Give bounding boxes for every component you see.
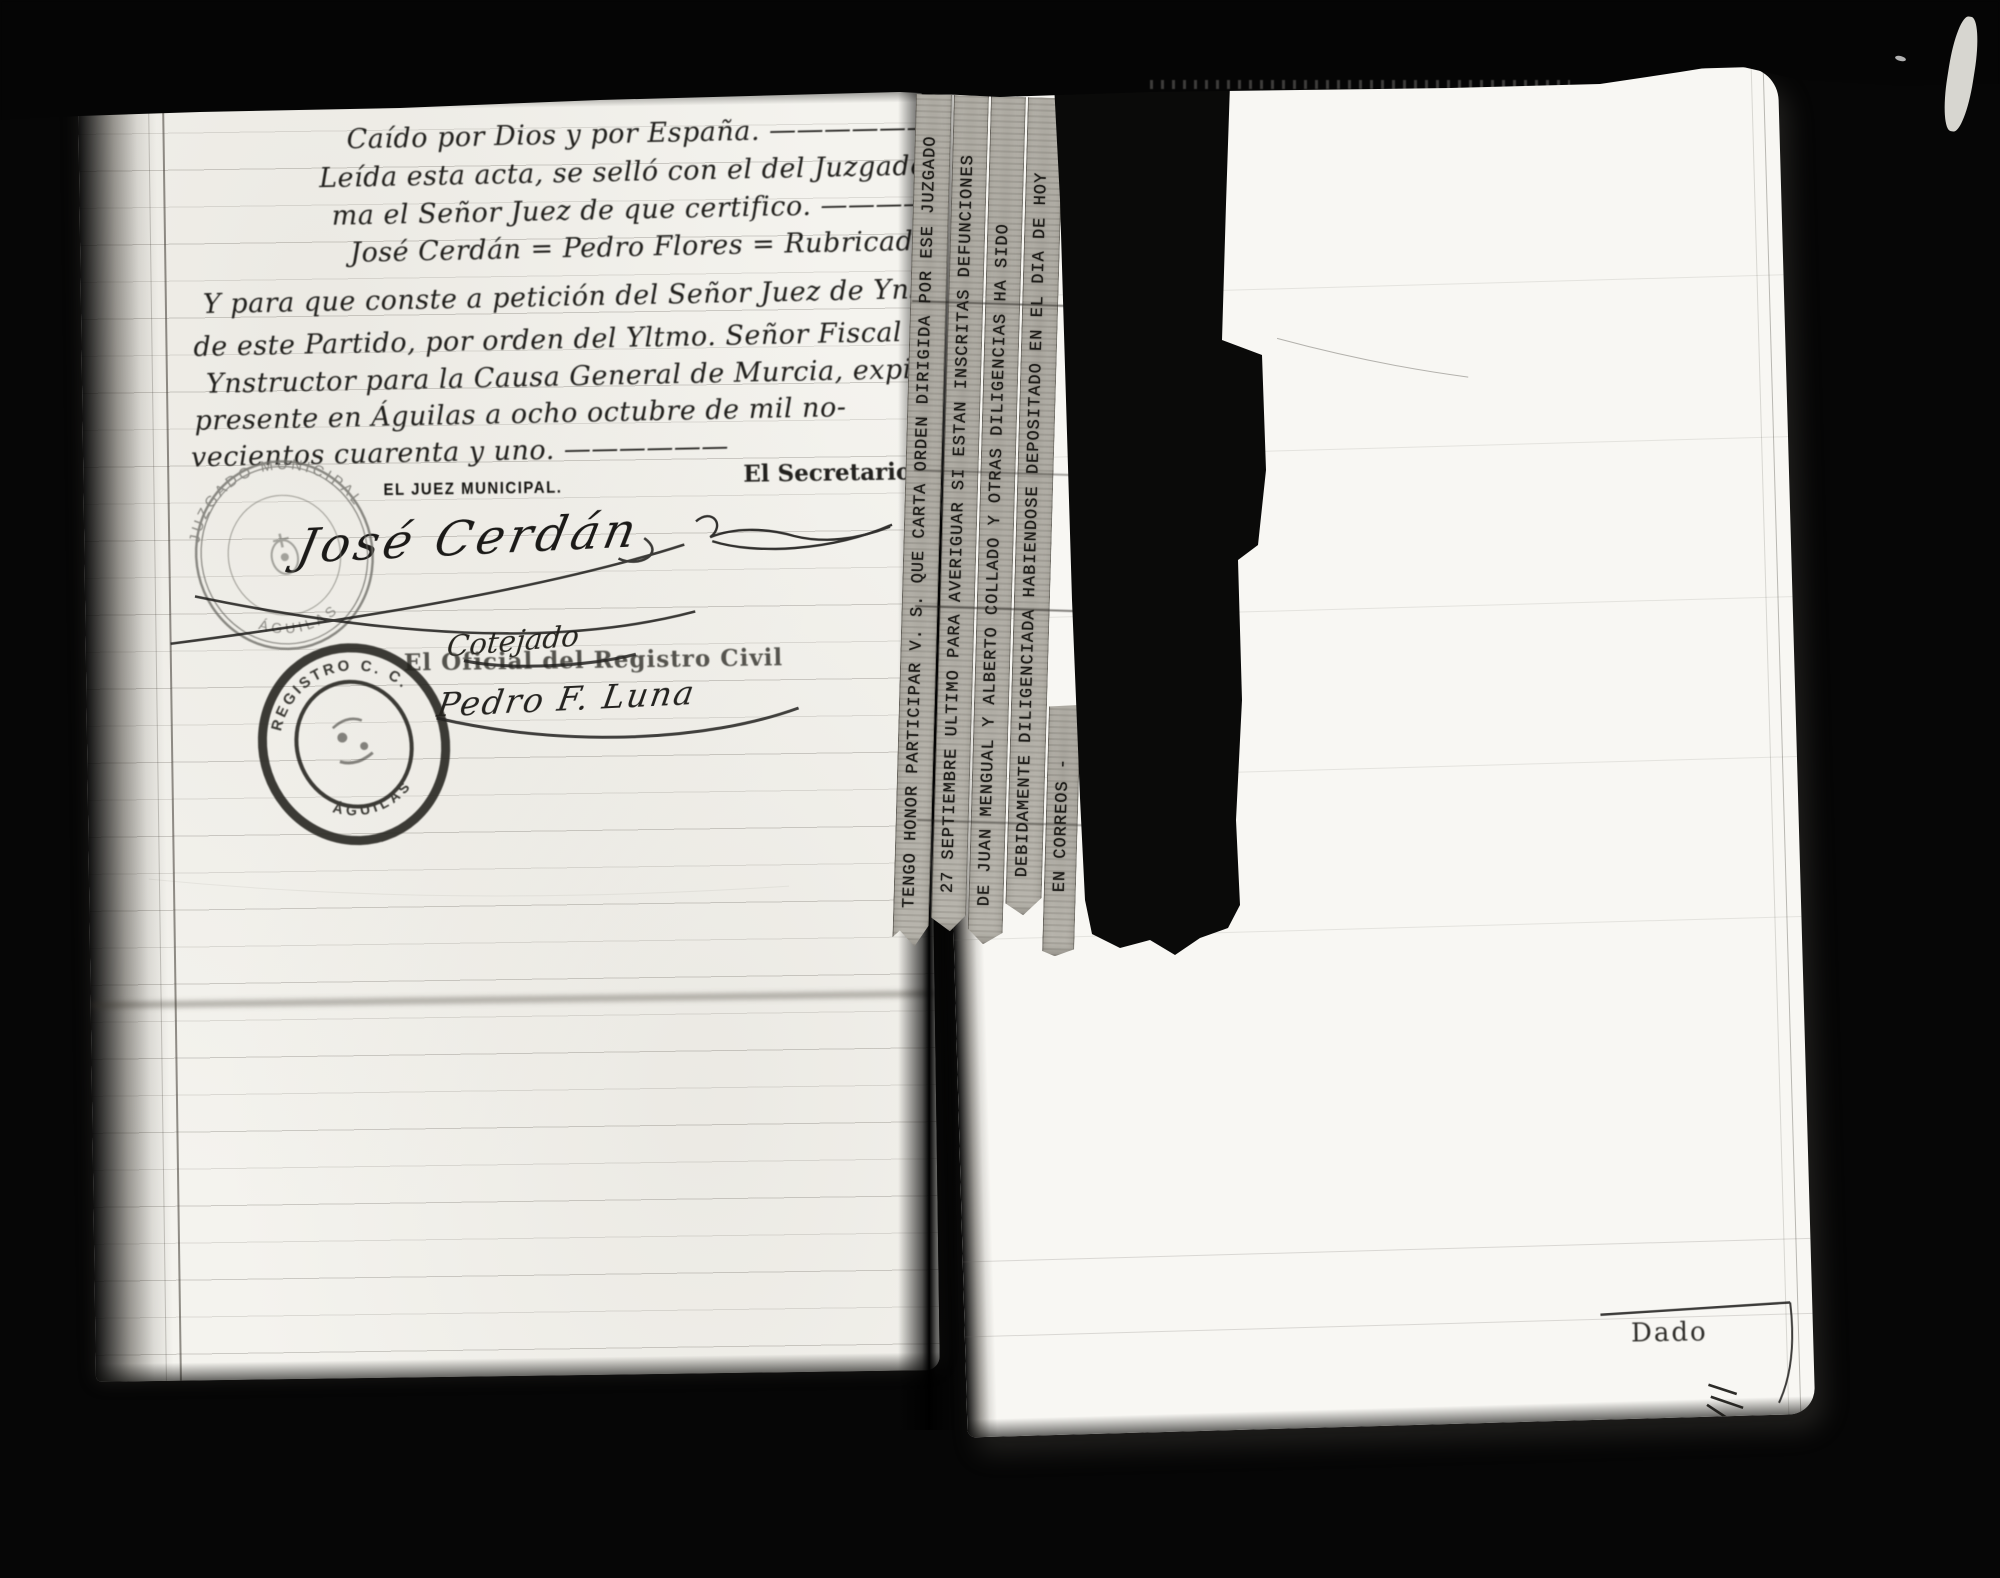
svg-text:JUZGADO MUNICIPAL: JUZGADO MUNICIPAL xyxy=(172,438,368,548)
hairline-crack xyxy=(1277,333,1468,382)
registrar-signature-flourish xyxy=(436,652,799,740)
bottom-left-scribble xyxy=(1706,1384,1743,1419)
left-page: Caído por Dios y por España. —————— Leíd… xyxy=(78,86,940,1382)
film-edge-specks xyxy=(1150,80,1570,89)
left-page-ink-overlay: JUZGADO MUNICIPAL ÁGUILAS xyxy=(78,86,940,1382)
registry-round-stamp: REGISTRO C. C. ÁGUILAS xyxy=(237,623,472,865)
court-round-stamp: JUZGADO MUNICIPAL ÁGUILAS xyxy=(172,438,395,667)
secretary-signature xyxy=(696,514,892,550)
judge-signature-flourish xyxy=(169,537,695,643)
strip-text-5: EN CORREOS - xyxy=(1043,704,1082,957)
court-stamp-arc-top: JUZGADO MUNICIPAL xyxy=(172,438,368,548)
pasted-strip-5: EN CORREOS - xyxy=(1042,704,1081,957)
registry-stamp-emblem xyxy=(328,715,374,767)
corner-pen-lines xyxy=(1600,1302,1794,1407)
registry-book-scan: Caído por Dios y por España. —————— Leíd… xyxy=(0,0,2000,1578)
court-stamp-emblem xyxy=(267,531,301,577)
bleed-through-mark xyxy=(149,870,789,901)
